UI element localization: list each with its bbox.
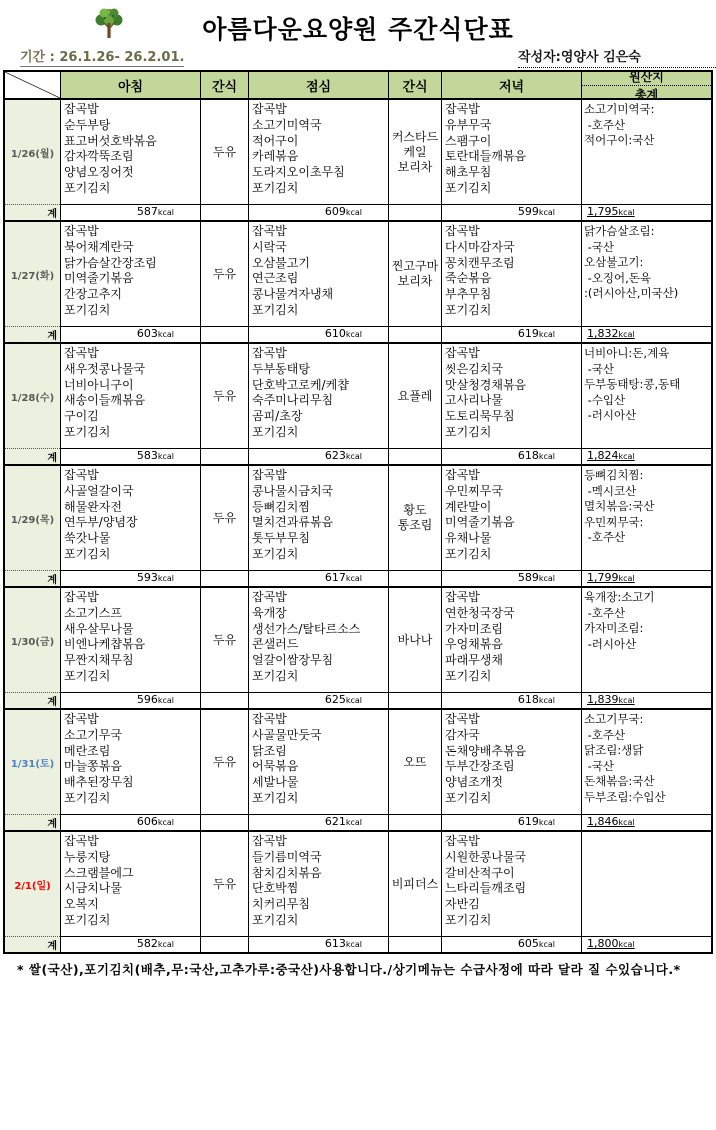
breakfast-kcal: 603kcal bbox=[60, 326, 200, 342]
day-group: 1/30(금) 잡곡밥 소고기스프 새우살무나물 비엔나케챱볶음 무짠지채무침 … bbox=[5, 588, 711, 710]
lunch-kcal: 610kcal bbox=[248, 326, 388, 342]
morning-snack: 두유 bbox=[200, 344, 248, 448]
column-header-dinner: 저녁 bbox=[441, 72, 581, 98]
origin-info: 등뼈김치찜: -멕시코산 멸치볶음:국산 우민찌무국: -호주산 bbox=[581, 466, 711, 570]
day-sum-row: 계 603kcal 610kcal 619kcal 1,832kcal bbox=[5, 326, 711, 342]
sum-label-cell: 계 bbox=[5, 814, 60, 830]
kcal-unit: kcal bbox=[158, 696, 174, 705]
breakfast-kcal: 582kcal bbox=[60, 936, 200, 952]
morning-snack: 두유 bbox=[200, 100, 248, 204]
kcal-unit: kcal bbox=[619, 574, 635, 583]
lunch-menu: 잡곡밥 소고기미역국 적어구이 카레볶음 도라지오이초무침 포기김치 bbox=[248, 100, 388, 204]
lunch-menu: 잡곡밥 들기름미역국 참치김치볶음 단호박찜 치커리무침 포기김치 bbox=[248, 832, 388, 936]
kcal-unit: kcal bbox=[346, 696, 362, 705]
day-menu-row: 1/30(금) 잡곡밥 소고기스프 새우살무나물 비엔나케챱볶음 무짠지채무침 … bbox=[5, 588, 711, 692]
date-cell: 1/30(금) bbox=[5, 588, 60, 692]
kcal-unit: kcal bbox=[539, 818, 555, 827]
dinner-kcal: 589kcal bbox=[441, 570, 581, 586]
diagonal-line bbox=[5, 72, 60, 98]
breakfast-menu: 잡곡밥 소고기스프 새우살무나물 비엔나케챱볶음 무짠지채무침 포기김치 bbox=[60, 588, 200, 692]
empty-cell bbox=[200, 814, 248, 830]
sum-label: 계 bbox=[47, 693, 57, 708]
day-group: 1/31(토) 잡곡밥 소고기무국 메란조림 마늘쫑볶음 배추된장무침 포기김치… bbox=[5, 710, 711, 832]
kcal-unit: kcal bbox=[539, 208, 555, 217]
dinner-menu: 잡곡밥 연한청국장국 가자미조림 우엉채볶음 파래무생채 포기김치 bbox=[441, 588, 581, 692]
empty-cell bbox=[200, 692, 248, 708]
column-header-origin-total: 원산지 총계 bbox=[581, 72, 711, 98]
empty-cell bbox=[200, 448, 248, 464]
kcal-unit: kcal bbox=[619, 452, 635, 461]
sum-label-cell: 계 bbox=[5, 326, 60, 342]
kcal-unit: kcal bbox=[619, 696, 635, 705]
dinner-menu: 잡곡밥 유부무국 스팸구이 토란대들깨볶음 해초무침 포기김치 bbox=[441, 100, 581, 204]
kcal-unit: kcal bbox=[619, 818, 635, 827]
day-group: 1/27(화) 잡곡밥 북어채계란국 닭가슴살간장조림 미역줄기볶음 간장고추지… bbox=[5, 222, 711, 344]
empty-cell bbox=[388, 326, 441, 342]
afternoon-snack: 오뜨 bbox=[388, 710, 441, 814]
date-label: 1/28(수) bbox=[11, 389, 54, 404]
dinner-menu: 잡곡밥 시원한콩나물국 갈비산적구이 느타리들깨조림 자반김 포기김치 bbox=[441, 832, 581, 936]
column-header-lunch: 점심 bbox=[248, 72, 388, 98]
sum-label-cell: 계 bbox=[5, 692, 60, 708]
breakfast-menu: 잡곡밥 순두부탕 표고버섯호박볶음 감자깍뚝조림 양념오징어젓 포기김치 bbox=[60, 100, 200, 204]
lunch-menu: 잡곡밥 육개장 생선가스/탈타르소스 콘샐러드 얼갈이쌈장무침 포기김치 bbox=[248, 588, 388, 692]
date-cell: 1/31(토) bbox=[5, 710, 60, 814]
kcal-unit: kcal bbox=[158, 208, 174, 217]
afternoon-snack: 비피더스 bbox=[388, 832, 441, 936]
period-label: 기간 : 26.1.26- 26.2.01. bbox=[20, 46, 184, 67]
day-sum-row: 계 583kcal 623kcal 618kcal 1,824kcal bbox=[5, 448, 711, 464]
date-label: 2/1(일) bbox=[14, 877, 50, 892]
origin-info: 닭가슴살조림: -국산 오삼불고기: -오징어,돈육 :(러시아산,미국산) bbox=[581, 222, 711, 326]
morning-snack: 두유 bbox=[200, 710, 248, 814]
kcal-unit: kcal bbox=[346, 452, 362, 461]
kcal-unit: kcal bbox=[158, 330, 174, 339]
day-menu-row: 1/29(목) 잡곡밥 사골얼갈이국 해물완자전 연두부/양념장 쑥갓나물 포기… bbox=[5, 466, 711, 570]
empty-cell bbox=[388, 692, 441, 708]
origin-info: 너비아니:돈,계육 -국산 두부동태탕:콩,동태 -수입산 -러시아산 bbox=[581, 344, 711, 448]
dinner-kcal: 618kcal bbox=[441, 448, 581, 464]
lunch-menu: 잡곡밥 콩나물시금치국 등뼈김치찜 멸치견과류볶음 톳두부무침 포기김치 bbox=[248, 466, 388, 570]
kcal-unit: kcal bbox=[346, 818, 362, 827]
empty-cell bbox=[388, 936, 441, 952]
sum-label: 계 bbox=[47, 815, 57, 830]
day-sum-row: 계 606kcal 621kcal 619kcal 1,846kcal bbox=[5, 814, 711, 830]
empty-cell bbox=[388, 814, 441, 830]
daily-total-kcal: 1,800kcal bbox=[581, 936, 711, 952]
sum-label-cell: 계 bbox=[5, 936, 60, 952]
kcal-unit: kcal bbox=[539, 452, 555, 461]
column-header-snack1: 간식 bbox=[200, 72, 248, 98]
day-sum-row: 계 582kcal 613kcal 605kcal 1,800kcal bbox=[5, 936, 711, 952]
day-sum-row: 계 587kcal 609kcal 599kcal 1,795kcal bbox=[5, 204, 711, 220]
day-menu-row: 1/26(월) 잡곡밥 순두부탕 표고버섯호박볶음 감자깍뚝조림 양념오징어젓 … bbox=[5, 100, 711, 204]
origin-info bbox=[581, 832, 711, 936]
kcal-unit: kcal bbox=[539, 696, 555, 705]
date-label: 1/27(화) bbox=[11, 267, 54, 282]
breakfast-menu: 잡곡밥 누룽지탕 스크램블에그 시금치나물 오복지 포기김치 bbox=[60, 832, 200, 936]
lunch-menu: 잡곡밥 사골물만둣국 닭조림 어묵볶음 세발나물 포기김치 bbox=[248, 710, 388, 814]
kcal-unit: kcal bbox=[619, 208, 635, 217]
kcal-unit: kcal bbox=[346, 940, 362, 949]
date-label: 1/31(토) bbox=[11, 755, 54, 770]
kcal-unit: kcal bbox=[158, 818, 174, 827]
date-cell: 1/28(수) bbox=[5, 344, 60, 448]
date-label: 1/26(월) bbox=[11, 145, 54, 160]
kcal-unit: kcal bbox=[346, 208, 362, 217]
dinner-menu: 잡곡밥 다시마감자국 꽁치캔무조림 죽순볶음 부추무침 포기김치 bbox=[441, 222, 581, 326]
afternoon-snack: 바나나 bbox=[388, 588, 441, 692]
breakfast-kcal: 606kcal bbox=[60, 814, 200, 830]
afternoon-snack: 커스타드 케일 보리차 bbox=[388, 100, 441, 204]
sum-label: 계 bbox=[47, 205, 57, 220]
date-cell: 1/29(목) bbox=[5, 466, 60, 570]
dinner-kcal: 619kcal bbox=[441, 326, 581, 342]
breakfast-kcal: 593kcal bbox=[60, 570, 200, 586]
daily-total-kcal: 1,795kcal bbox=[581, 204, 711, 220]
empty-cell bbox=[200, 936, 248, 952]
column-header-total: 총계 bbox=[582, 86, 711, 99]
author-underline: 작성자:영양사 김은숙 bbox=[518, 46, 716, 68]
afternoon-snack: 요플레 bbox=[388, 344, 441, 448]
page-header: 아름다운요양원 주간식단표 기간 : 26.1.26- 26.2.01. 작성자… bbox=[0, 0, 716, 70]
kcal-unit: kcal bbox=[619, 940, 635, 949]
kcal-unit: kcal bbox=[539, 574, 555, 583]
breakfast-menu: 잡곡밥 사골얼갈이국 해물완자전 연두부/양념장 쑥갓나물 포기김치 bbox=[60, 466, 200, 570]
dinner-kcal: 619kcal bbox=[441, 814, 581, 830]
day-group: 1/29(목) 잡곡밥 사골얼갈이국 해물완자전 연두부/양념장 쑥갓나물 포기… bbox=[5, 466, 711, 588]
kcal-unit: kcal bbox=[539, 330, 555, 339]
day-group: 2/1(일) 잡곡밥 누룽지탕 스크램블에그 시금치나물 오복지 포기김치 두유… bbox=[5, 832, 711, 952]
sum-label-cell: 계 bbox=[5, 204, 60, 220]
dinner-menu: 잡곡밥 우민찌무국 계란말이 미역줄기볶음 유채나물 포기김치 bbox=[441, 466, 581, 570]
weekly-menu-page: 아름다운요양원 주간식단표 기간 : 26.1.26- 26.2.01. 작성자… bbox=[0, 0, 716, 1130]
morning-snack: 두유 bbox=[200, 466, 248, 570]
kcal-unit: kcal bbox=[346, 574, 362, 583]
kcal-unit: kcal bbox=[346, 330, 362, 339]
breakfast-kcal: 587kcal bbox=[60, 204, 200, 220]
sum-label: 계 bbox=[47, 449, 57, 464]
dinner-kcal: 618kcal bbox=[441, 692, 581, 708]
kcal-unit: kcal bbox=[158, 452, 174, 461]
sum-label: 계 bbox=[47, 937, 57, 952]
day-menu-row: 1/28(수) 잡곡밥 새우젓콩나물국 너비아니구이 새송이들깨볶음 구이김 포… bbox=[5, 344, 711, 448]
date-cell: 1/27(화) bbox=[5, 222, 60, 326]
date-label: 1/29(목) bbox=[11, 511, 54, 526]
lunch-kcal: 623kcal bbox=[248, 448, 388, 464]
date-label: 1/30(금) bbox=[11, 633, 54, 648]
day-group: 1/28(수) 잡곡밥 새우젓콩나물국 너비아니구이 새송이들깨볶음 구이김 포… bbox=[5, 344, 711, 466]
day-menu-row: 1/31(토) 잡곡밥 소고기무국 메란조림 마늘쫑볶음 배추된장무침 포기김치… bbox=[5, 710, 711, 814]
day-sum-row: 계 596kcal 625kcal 618kcal 1,839kcal bbox=[5, 692, 711, 708]
afternoon-snack: 황도 통조림 bbox=[388, 466, 441, 570]
daily-total-kcal: 1,832kcal bbox=[581, 326, 711, 342]
breakfast-kcal: 596kcal bbox=[60, 692, 200, 708]
dinner-menu: 잡곡밥 씻은김치국 맛살청경채볶음 고사리나물 도토리묵무침 포기김치 bbox=[441, 344, 581, 448]
table-header-row: 아침 간식 점심 간식 저녁 원산지 총계 bbox=[5, 72, 711, 100]
morning-snack: 두유 bbox=[200, 832, 248, 936]
weekly-menu-table: 아침 간식 점심 간식 저녁 원산지 총계 1/26(월) 잡곡밥 순두부탕 표… bbox=[3, 70, 713, 954]
lunch-kcal: 609kcal bbox=[248, 204, 388, 220]
daily-total-kcal: 1,839kcal bbox=[581, 692, 711, 708]
date-cell: 2/1(일) bbox=[5, 832, 60, 936]
morning-snack: 두유 bbox=[200, 588, 248, 692]
lunch-menu: 잡곡밥 시락국 오삼불고기 연근조림 콩나물겨자냉채 포기김치 bbox=[248, 222, 388, 326]
lunch-kcal: 621kcal bbox=[248, 814, 388, 830]
lunch-menu: 잡곡밥 두부동태탕 단호박고로케/케챱 숙주미나리무침 곰피/초장 포기김치 bbox=[248, 344, 388, 448]
page-title: 아름다운요양원 주간식단표 bbox=[0, 10, 716, 46]
lunch-kcal: 613kcal bbox=[248, 936, 388, 952]
origin-info: 육개장:소고기 -호주산 가자미조림: -러시아산 bbox=[581, 588, 711, 692]
sum-label: 계 bbox=[47, 327, 57, 342]
dinner-menu: 잡곡밥 감자국 돈채양배추볶음 두부간장조림 양념조개젓 포기김치 bbox=[441, 710, 581, 814]
breakfast-menu: 잡곡밥 새우젓콩나물국 너비아니구이 새송이들깨볶음 구이김 포기김치 bbox=[60, 344, 200, 448]
author-label: 작성자:영양사 김은숙 bbox=[518, 50, 641, 65]
column-header-snack2: 간식 bbox=[388, 72, 441, 98]
corner-diagonal-cell bbox=[5, 72, 60, 98]
daily-total-kcal: 1,799kcal bbox=[581, 570, 711, 586]
day-sum-row: 계 593kcal 617kcal 589kcal 1,799kcal bbox=[5, 570, 711, 586]
column-header-origin: 원산지 bbox=[582, 72, 711, 86]
daily-total-kcal: 1,846kcal bbox=[581, 814, 711, 830]
sum-label: 계 bbox=[47, 571, 57, 586]
date-cell: 1/26(월) bbox=[5, 100, 60, 204]
afternoon-snack: 찐고구마 보리차 bbox=[388, 222, 441, 326]
sum-label-cell: 계 bbox=[5, 448, 60, 464]
breakfast-menu: 잡곡밥 소고기무국 메란조림 마늘쫑볶음 배추된장무침 포기김치 bbox=[60, 710, 200, 814]
lunch-kcal: 617kcal bbox=[248, 570, 388, 586]
day-group: 1/26(월) 잡곡밥 순두부탕 표고버섯호박볶음 감자깍뚝조림 양념오징어젓 … bbox=[5, 100, 711, 222]
empty-cell bbox=[200, 570, 248, 586]
day-menu-row: 2/1(일) 잡곡밥 누룽지탕 스크램블에그 시금치나물 오복지 포기김치 두유… bbox=[5, 832, 711, 936]
origin-info: 소고기무국: -호주산 닭조림:생닭 -국산 돈채볶음:국산 두부조림:수입산 bbox=[581, 710, 711, 814]
dinner-kcal: 599kcal bbox=[441, 204, 581, 220]
empty-cell bbox=[388, 570, 441, 586]
dinner-kcal: 605kcal bbox=[441, 936, 581, 952]
empty-cell bbox=[200, 326, 248, 342]
breakfast-kcal: 583kcal bbox=[60, 448, 200, 464]
empty-cell bbox=[388, 448, 441, 464]
breakfast-menu: 잡곡밥 북어채계란국 닭가슴살간장조림 미역줄기볶음 간장고추지 포기김치 bbox=[60, 222, 200, 326]
day-menu-row: 1/27(화) 잡곡밥 북어채계란국 닭가슴살간장조림 미역줄기볶음 간장고추지… bbox=[5, 222, 711, 326]
kcal-unit: kcal bbox=[158, 574, 174, 583]
empty-cell bbox=[388, 204, 441, 220]
column-header-breakfast: 아침 bbox=[60, 72, 200, 98]
empty-cell bbox=[200, 204, 248, 220]
daily-total-kcal: 1,824kcal bbox=[581, 448, 711, 464]
kcal-unit: kcal bbox=[158, 940, 174, 949]
kcal-unit: kcal bbox=[539, 940, 555, 949]
morning-snack: 두유 bbox=[200, 222, 248, 326]
kcal-unit: kcal bbox=[619, 330, 635, 339]
origin-info: 소고기미역국: -호주산 적어구이:국산 bbox=[581, 100, 711, 204]
footer-note: * 쌀(국산),포기김치(배추,무:국산,고추가루:중국산)사용합니다./상기메… bbox=[0, 960, 716, 978]
sum-label-cell: 계 bbox=[5, 570, 60, 586]
lunch-kcal: 625kcal bbox=[248, 692, 388, 708]
